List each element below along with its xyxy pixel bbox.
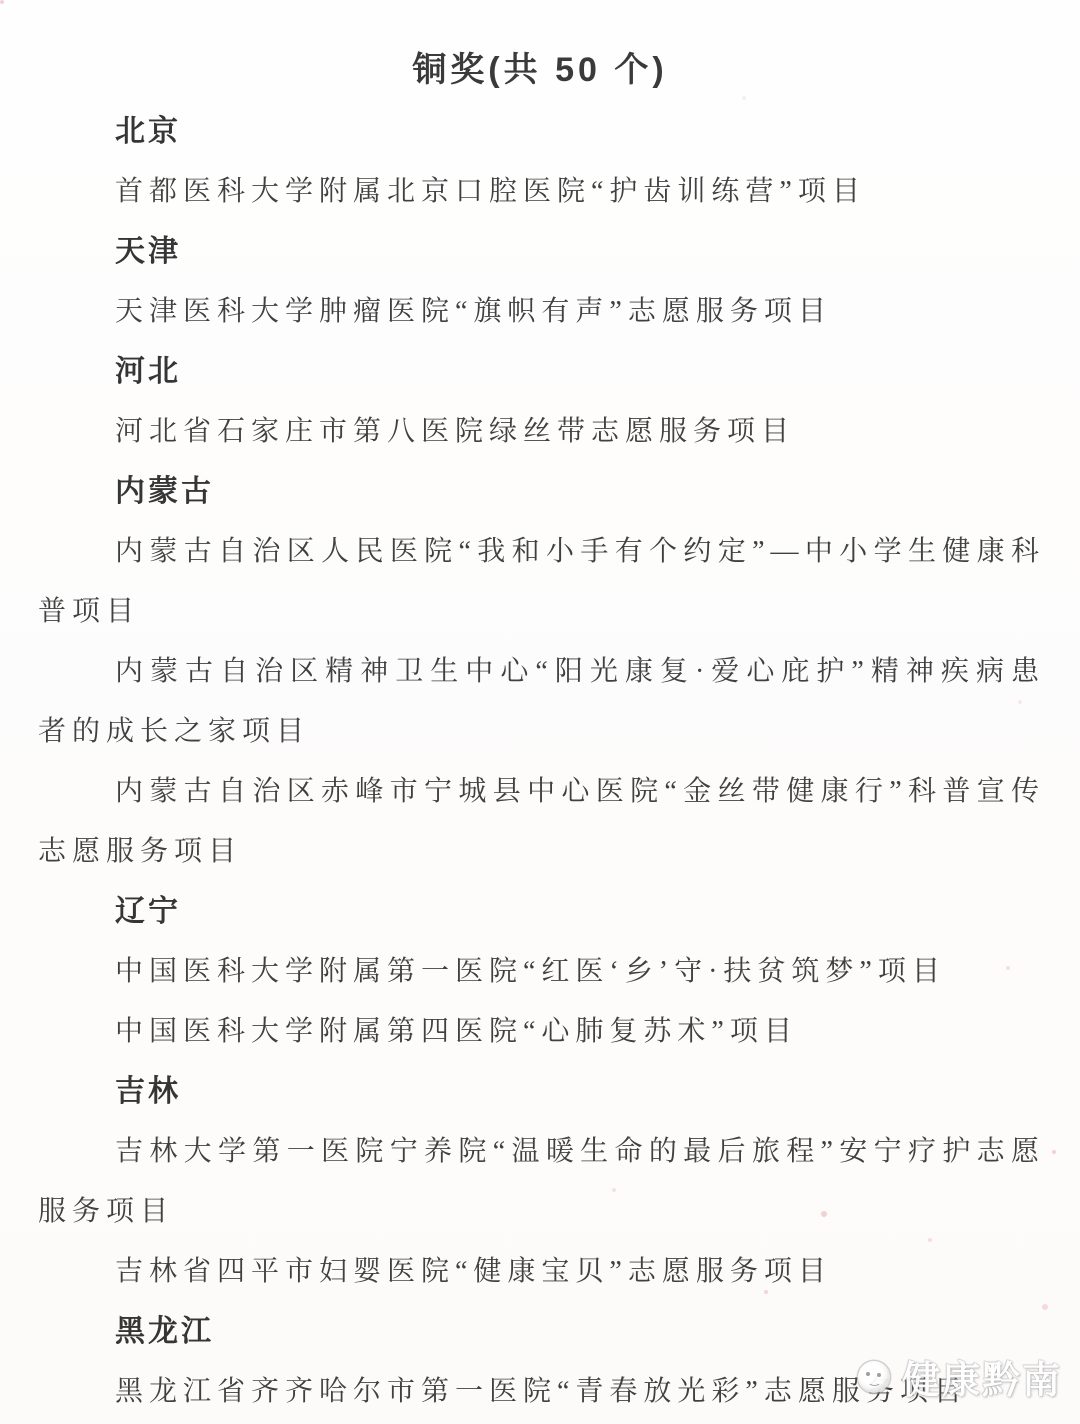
page-title: 铜奖(共 50 个) bbox=[0, 0, 1080, 102]
province-heading-jilin: 吉林 bbox=[38, 1062, 1045, 1122]
watermark-text: 健康黔南 bbox=[902, 1349, 1062, 1404]
project-item: 河北省石家庄市第八医院绿丝带志愿服务项目 bbox=[38, 402, 1045, 462]
health-qiannan-logo-icon bbox=[858, 1361, 890, 1393]
project-item: 内蒙古自治区精神卫生中心“阳光康复·爱心庇护”精神疾病患者的成长之家项目 bbox=[38, 642, 1045, 762]
province-heading-beijing: 北京 bbox=[38, 102, 1045, 162]
award-list: 北京 首都医科大学附属北京口腔医院“护齿训练营”项目 天津 天津医科大学肿瘤医院… bbox=[0, 102, 1080, 1422]
project-item: 吉林省四平市妇婴医院“健康宝贝”志愿服务项目 bbox=[38, 1242, 1045, 1302]
province-heading-liaoning: 辽宁 bbox=[38, 882, 1045, 942]
province-heading-hebei: 河北 bbox=[38, 342, 1045, 402]
project-item: 天津医科大学肿瘤医院“旗帜有声”志愿服务项目 bbox=[38, 282, 1045, 342]
project-item: 首都医科大学附属北京口腔医院“护齿训练营”项目 bbox=[38, 162, 1045, 222]
province-heading-tianjin: 天津 bbox=[38, 222, 1045, 282]
project-item: 内蒙古自治区赤峰市宁城县中心医院“金丝带健康行”科普宣传志愿服务项目 bbox=[38, 762, 1045, 882]
project-item: 内蒙古自治区人民医院“我和小手有个约定”—中小学生健康科普项目 bbox=[38, 522, 1045, 642]
project-item: 中国医科大学附属第四医院“心肺复苏术”项目 bbox=[38, 1002, 1045, 1062]
province-heading-neimenggu: 内蒙古 bbox=[38, 462, 1045, 522]
watermark-badge: 健康黔南 bbox=[858, 1349, 1062, 1404]
project-item: 中国医科大学附属第一医院“红医‘乡’守·扶贫筑梦”项目 bbox=[38, 942, 1045, 1002]
project-item: 吉林大学第一医院宁养院“温暖生命的最后旅程”安宁疗护志愿服务项目 bbox=[38, 1122, 1045, 1242]
document-page: 铜奖(共 50 个) 北京 首都医科大学附属北京口腔医院“护齿训练营”项目 天津… bbox=[0, 0, 1080, 1424]
